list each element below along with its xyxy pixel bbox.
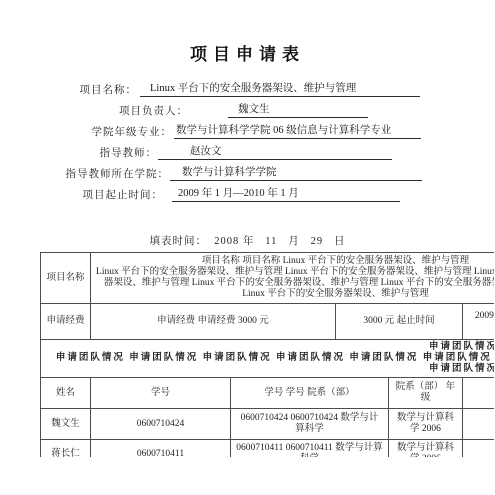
member-id-dept-cell: 0600710411 0600710411 数学与计算科学 xyxy=(231,440,389,458)
member-name-cell: 蒋长仁 xyxy=(41,440,91,458)
member-extra-cell: 2006 级 xyxy=(463,440,495,458)
team-status-line3: 申请团队情况 xyxy=(352,364,494,375)
header-id-dept-cell: 学号 学号 院系（部） xyxy=(231,378,389,409)
page-title: 项目申请表 xyxy=(0,40,495,65)
member-name-cell: 魏文生 xyxy=(41,409,91,440)
application-table-container: 项目名称 项目名称 项目名称 Linux 平台下的安全服务器架设、维护与管理 L… xyxy=(40,252,494,457)
project-name-cell-label: 项目名称 xyxy=(41,253,91,304)
college-major-value: 数学与计算科学学院 06 级信息与计算科学专业 xyxy=(174,124,421,139)
budget-dates-cell: 2009 年 1 月—2010 年 1 月 xyxy=(463,304,495,340)
budget-row: 申请经费 申请经费 申请经费 3000 元 3000 元 起止时间 2009 年… xyxy=(41,304,495,340)
advisor-college-value: 数学与计算科学学院 xyxy=(170,166,422,181)
form-row-project-leader: 项目负责人： 魏文生 xyxy=(0,97,495,118)
members-header-row: 姓名 学号 学号 学号 院系（部） 院系（部） 年级 xyxy=(41,378,495,409)
form-row-advisor: 指导教师： 赵汝文 xyxy=(0,139,495,160)
member-id-cell: 0600710424 xyxy=(91,409,231,440)
member-id-cell: 0600710411 xyxy=(91,440,231,458)
member-row: 蒋长仁 0600710411 0600710411 0600710411 数学与… xyxy=(41,440,495,458)
form-row-project-name: 项目名称： Linux 平台下的安全服务器架设、维护与管理 xyxy=(0,76,495,97)
team-status-line2: 申请团队情况 申请团队情况 申请团队情况 申请团队情况 申请团队情况 申请团队情… xyxy=(46,353,494,364)
project-duration-label: 项目起止时间： xyxy=(0,187,163,202)
project-duration-value: 2009 年 1 月—2010 年 1 月 xyxy=(172,187,400,202)
member-id-dept-cell: 0600710424 0600710424 数学与计算科学 xyxy=(231,409,389,440)
application-table: 项目名称 项目名称 项目名称 Linux 平台下的安全服务器架设、维护与管理 L… xyxy=(40,252,494,457)
form-row-project-duration: 项目起止时间： 2009 年 1 月—2010 年 1 月 xyxy=(0,181,495,202)
form-section: 项目名称： Linux 平台下的安全服务器架设、维护与管理 项目负责人： 魏文生… xyxy=(0,76,495,202)
advisor-label: 指导教师： xyxy=(0,145,157,160)
project-name-line1: 项目名称 项目名称 Linux 平台下的安全服务器架设、维护与管理 xyxy=(96,256,494,267)
fill-date-line: 填表时间： 2008 年 11 月 29 日 xyxy=(0,233,495,248)
project-name-row: 项目名称 项目名称 项目名称 Linux 平台下的安全服务器架设、维护与管理 L… xyxy=(41,253,495,304)
team-status-row: 申请团队情况 申请团队情况 申请团队情况 申请团队情况 申请团队情况 申请团队情… xyxy=(41,340,495,378)
team-status-line1: 申请团队情况 xyxy=(352,342,494,353)
budget-time-cell: 3000 元 起止时间 xyxy=(336,304,463,340)
advisor-value: 赵汝文 xyxy=(158,145,392,160)
member-extra-cell: 2006 级 xyxy=(463,409,495,440)
project-name-cell-content: 项目名称 项目名称 Linux 平台下的安全服务器架设、维护与管理 Linux … xyxy=(91,253,495,304)
team-status-cell: 申请团队情况 申请团队情况 申请团队情况 申请团队情况 申请团队情况 申请团队情… xyxy=(41,340,495,378)
project-name-label: 项目名称： xyxy=(0,82,137,97)
budget-value-cell: 申请经费 申请经费 3000 元 xyxy=(91,304,336,340)
member-dept-grade-cell: 数学与计算科学 2006 xyxy=(389,409,463,440)
header-id-cell: 学号 xyxy=(91,378,231,409)
header-extra-cell xyxy=(463,378,495,409)
advisor-college-label: 指导教师所在学院： xyxy=(0,166,169,181)
project-leader-value: 魏文生 xyxy=(228,103,368,118)
form-row-advisor-college: 指导教师所在学院： 数学与计算科学学院 xyxy=(0,160,495,181)
member-dept-grade-cell: 数学与计算科学 2006 xyxy=(389,440,463,458)
budget-label-cell: 申请经费 xyxy=(41,304,91,340)
project-leader-label: 项目负责人： xyxy=(0,103,188,118)
form-row-college-major: 学院年级专业： 数学与计算科学学院 06 级信息与计算科学专业 xyxy=(0,118,495,139)
application-form-page: 项目申请表 项目名称： Linux 平台下的安全服务器架设、维护与管理 项目负责… xyxy=(0,0,495,495)
header-name-cell: 姓名 xyxy=(41,378,91,409)
member-row: 魏文生 0600710424 0600710424 0600710424 数学与… xyxy=(41,409,495,440)
college-major-label: 学院年级专业： xyxy=(0,124,172,139)
project-name-value: Linux 平台下的安全服务器架设、维护与管理 xyxy=(140,82,420,97)
header-dept-grade-cell: 院系（部） 年级 xyxy=(389,378,463,409)
project-name-rest: Linux 平台下的安全服务器架设、维护与管理 Linux 平台下的安全服务器架… xyxy=(96,267,494,300)
